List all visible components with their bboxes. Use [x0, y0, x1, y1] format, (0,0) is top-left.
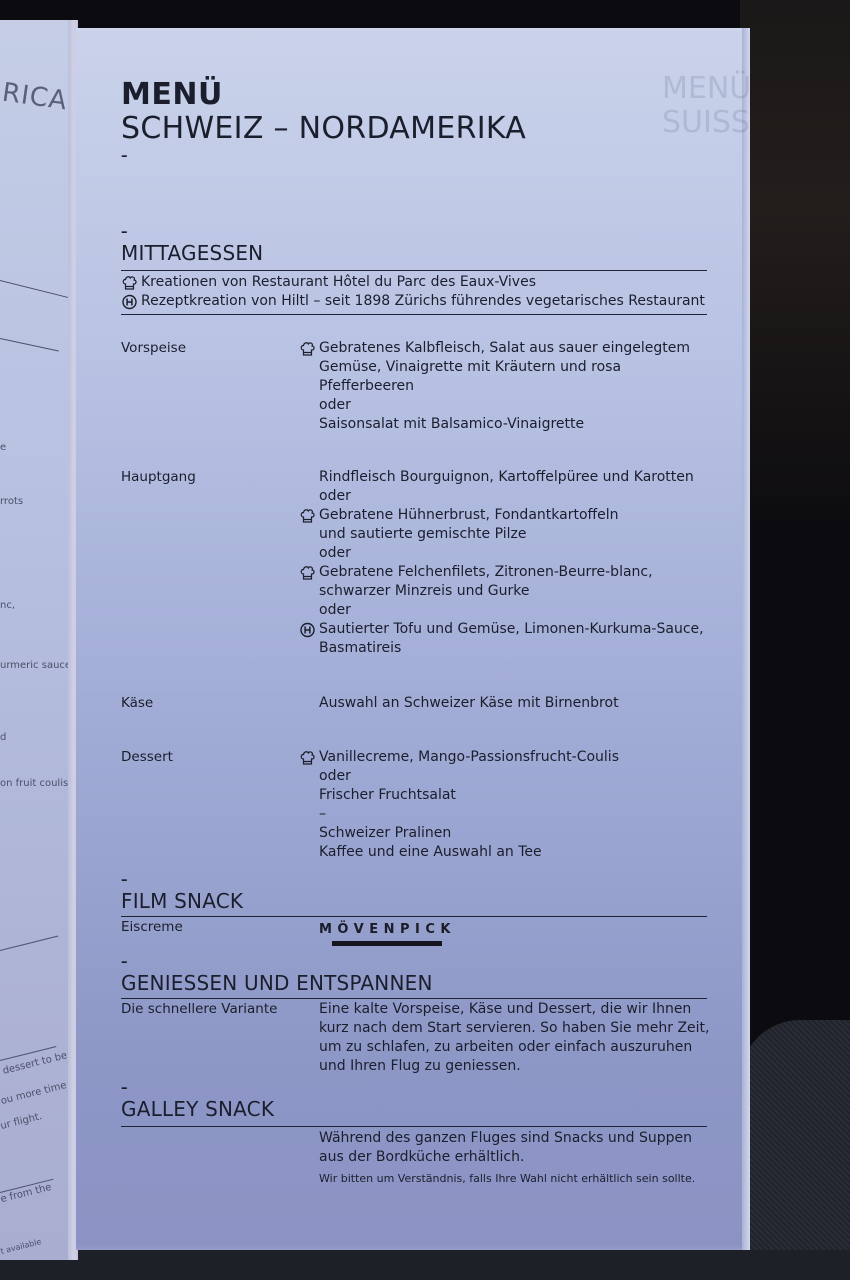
left-page-text: d	[0, 732, 6, 743]
course-items: Vanillecreme, Mango-Passionsfrucht-Couli…	[299, 748, 711, 862]
enjoy-description: Eine kalte Vorspeise, Käse und Dessert, …	[299, 1000, 711, 1076]
availability-note: Wir bitten um Verständnis, falls Ihre Wa…	[319, 1171, 711, 1187]
galley-description: Während des ganzen Fluges sind Snacks un…	[299, 1129, 711, 1187]
menu-line-text: Gebratene Hühnerbrust, Fondantkartoffeln	[319, 507, 619, 523]
left-page-text: ur flight.	[0, 1111, 43, 1132]
section-title-enjoy: GENIESSEN UND ENTSPANNEN	[121, 970, 711, 996]
left-page-rule	[0, 338, 59, 351]
menu-line: Vanillecreme, Mango-Passionsfrucht-Couli…	[319, 748, 711, 767]
film-snack-row: Eiscreme MÖVENPICK	[121, 918, 711, 946]
chef-hat-icon	[299, 508, 316, 524]
menu-line: schwarzer Minzreis und Gurke	[319, 582, 711, 601]
menu-content: MENÜ SCHWEIZ – NORDAMERIKA – – MITTAGESS…	[121, 70, 711, 1187]
section-dash: –	[121, 1082, 711, 1096]
legend-hiltl: Rezeptkreation von Hiltl – seit 1898 Zür…	[121, 292, 711, 311]
description-line: kurz nach dem Start servieren. So haben …	[319, 1019, 711, 1038]
course-label: Dessert	[121, 748, 299, 862]
menu-line: Rindfleisch Bourguignon, Kartoffelpüree …	[319, 468, 711, 487]
description-line: Eine kalte Vorspeise, Käse und Dessert, …	[319, 1000, 711, 1019]
course-cheese: Käse Auswahl an Schweizer Käse mit Birne…	[121, 694, 711, 713]
menu-line: Sautierter Tofu und Gemüse, Limonen-Kurk…	[319, 620, 711, 639]
menu-line-text: Sautierter Tofu und Gemüse, Limonen-Kurk…	[319, 621, 704, 637]
galley-label	[121, 1129, 299, 1187]
film-snack-brand: MÖVENPICK	[299, 918, 711, 946]
legend-chef: Kreationen von Restaurant Hôtel du Parc …	[121, 273, 711, 292]
section-title-galley: GALLEY SNACK	[121, 1096, 711, 1122]
legend: Kreationen von Restaurant Hôtel du Parc …	[121, 271, 711, 311]
hiltl-h-circle-icon	[299, 622, 316, 638]
menu-line: Auswahl an Schweizer Käse mit Birnenbrot	[319, 694, 711, 713]
course-label: Vorspeise	[121, 339, 299, 434]
section-dash: –	[121, 226, 711, 240]
section-rule	[121, 1126, 707, 1127]
background-dark	[740, 0, 850, 520]
movenpick-logo: MÖVENPICK	[319, 920, 456, 946]
enjoy-label: Die schnellere Variante	[121, 1000, 299, 1076]
left-page-text: e	[0, 442, 6, 453]
hiltl-h-circle-icon	[121, 294, 138, 310]
section-dash: –	[121, 874, 711, 888]
menu-line: Schweizer Pralinen	[319, 824, 711, 843]
menu-line: Saisonsalat mit Balsamico-Vinaigrette	[319, 415, 711, 434]
chef-hat-icon	[299, 750, 316, 766]
menu-line: Gebratene Hühnerbrust, Fondantkartoffeln	[319, 506, 711, 525]
menu-line: Kaffee und eine Auswahl an Tee	[319, 843, 711, 862]
menu-line: oder	[319, 396, 711, 415]
course-items: Rindfleisch Bourguignon, Kartoffelpüree …	[299, 468, 711, 658]
menu-line: und sautierte gemischte Pilze	[319, 525, 711, 544]
left-facing-page: RICA e rrots nc, urmeric sauce, d on fru…	[0, 20, 78, 1260]
description-line: und Ihren Flug zu geniessen.	[319, 1057, 711, 1076]
left-page-text: urmeric sauce,	[0, 660, 74, 671]
description-line: Während des ganzen Fluges sind Snacks un…	[319, 1129, 711, 1148]
page-edge	[742, 28, 750, 1250]
chef-hat-icon	[299, 341, 316, 357]
course-label: Hauptgang	[121, 468, 299, 658]
left-page-title-fragment: RICA	[0, 78, 69, 117]
legend-chef-text: Kreationen von Restaurant Hôtel du Parc …	[141, 273, 536, 292]
menu-line: oder	[319, 487, 711, 506]
left-page-text: nc,	[0, 600, 15, 611]
menu-title: MENÜ	[121, 78, 711, 112]
menu-line: Frischer Fruchtsalat	[319, 786, 711, 805]
course-label: Käse	[121, 694, 299, 713]
course-items: Auswahl an Schweizer Käse mit Birnenbrot	[299, 694, 711, 713]
enjoy-row: Die schnellere Variante Eine kalte Vorsp…	[121, 1000, 711, 1076]
menu-line: –	[319, 805, 711, 824]
menu-route: SCHWEIZ – NORDAMERIKA	[121, 112, 711, 146]
menu-line-text: Gebratene Felchenfilets, Zitronen-Beurre…	[319, 564, 653, 580]
movenpick-logo-text: MÖVENPICK	[319, 922, 456, 937]
left-page-text: on fruit coulis	[0, 778, 68, 789]
left-page-rule	[0, 280, 68, 298]
galley-row: Während des ganzen Fluges sind Snacks un…	[121, 1129, 711, 1187]
legend-hiltl-text: Rezeptkreation von Hiltl – seit 1898 Zür…	[141, 292, 705, 311]
section-dash: –	[121, 956, 711, 970]
background-seat-fabric	[740, 1020, 850, 1280]
menu-line: Gebratenes Kalbfleisch, Salat aus sauer …	[319, 339, 711, 358]
section-rule	[121, 998, 707, 999]
course-starter: Vorspeise Gebratenes Kalbfleisch, Salat …	[121, 339, 711, 434]
background-bottom	[0, 1250, 850, 1280]
menu-line: Gebratene Felchenfilets, Zitronen-Beurre…	[319, 563, 711, 582]
menu-line-text: Gebratenes Kalbfleisch, Salat aus sauer …	[319, 340, 690, 356]
section-rule	[121, 916, 707, 917]
description-line: aus der Bordküche erhältlich.	[319, 1148, 711, 1167]
chef-hat-icon	[121, 275, 138, 291]
menu-line: Gemüse, Vinaigrette mit Kräutern und ros…	[319, 358, 711, 396]
left-page-text: dessert to be	[2, 1050, 69, 1077]
left-page-text: rrots	[0, 496, 23, 507]
chef-hat-icon	[299, 565, 316, 581]
course-items: Gebratenes Kalbfleisch, Salat aus sauer …	[299, 339, 711, 434]
left-page-rule	[0, 935, 58, 950]
left-page-text: t available	[0, 1237, 42, 1256]
section-title-film-snack: FILM SNACK	[121, 888, 711, 914]
left-page-text: ou more time	[0, 1080, 68, 1107]
menu-line: Basmatireis	[319, 639, 711, 658]
description-line: um zu schlafen, zu arbeiten oder einfach…	[319, 1038, 711, 1057]
menu-line-text: Vanillecreme, Mango-Passionsfrucht-Couli…	[319, 749, 619, 765]
section-title-lunch: MITTAGESSEN	[121, 240, 711, 266]
course-dessert: Dessert Vanillecreme, Mango-Passionsfruc…	[121, 748, 711, 862]
menu-line: oder	[319, 544, 711, 563]
header-dash: –	[121, 150, 711, 164]
menu-line: oder	[319, 601, 711, 620]
film-snack-label: Eiscreme	[121, 918, 299, 946]
menu-line: oder	[319, 767, 711, 786]
course-main: Hauptgang Rindfleisch Bourguignon, Karto…	[121, 468, 711, 658]
movenpick-logo-bar	[332, 941, 442, 946]
